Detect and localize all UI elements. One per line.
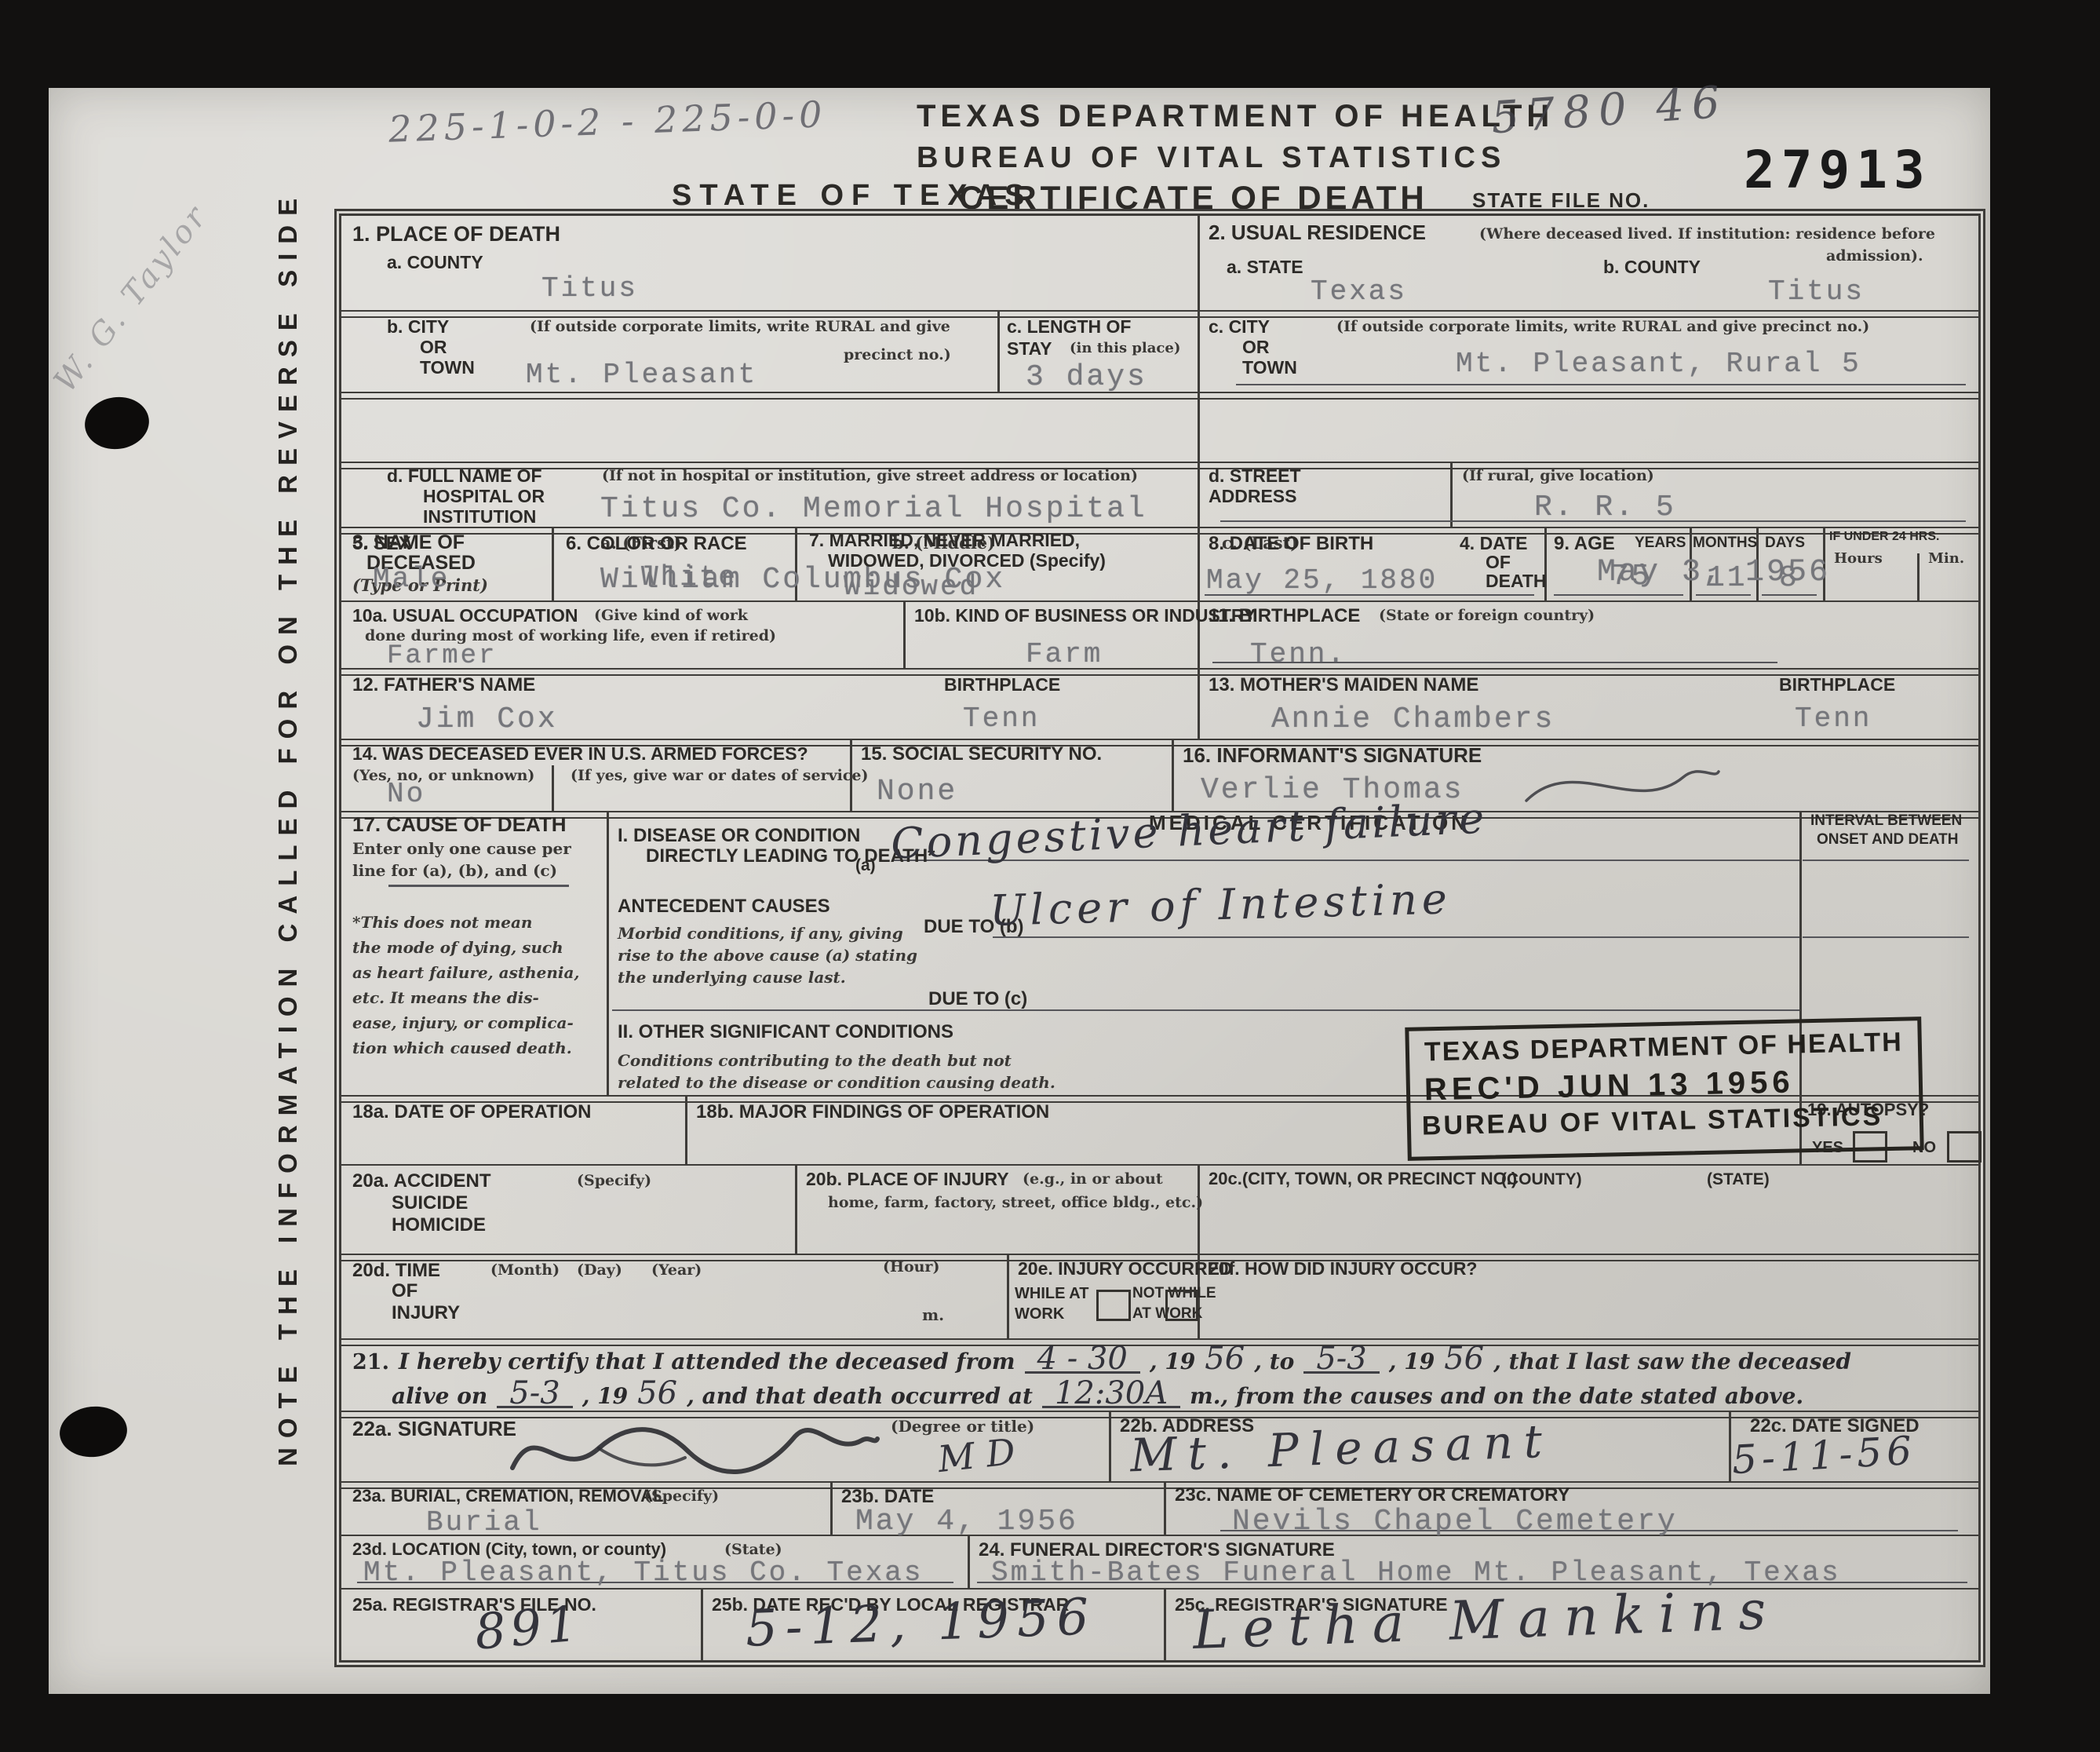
field-20c-county-label: (COUNTY)	[1501, 1170, 1582, 1189]
field-17-other-label: II. OTHER SIGNIFICANT CONDITIONS	[618, 1021, 953, 1043]
field-21-part2: , to	[1254, 1349, 1294, 1374]
field-4-label2: OF	[1486, 552, 1511, 573]
field-1b-hint: (If outside corporate limits, write RURA…	[530, 318, 950, 335]
field-14-hint2: (If yes, give war or dates of service)	[571, 767, 869, 784]
field-1d-hint: (If not in hospital or institution, give…	[602, 467, 1138, 484]
field-17-instr2c: as heart failure, asthenia,	[352, 963, 579, 982]
header-agency-line1: TEXAS DEPARTMENT OF HEALTH	[917, 99, 1554, 134]
field-2-hint2: admission).	[1826, 247, 1923, 265]
field-23a-value: Burial	[426, 1506, 542, 1538]
field-20e-while-label2: WORK	[1015, 1305, 1064, 1323]
field-7-label: 7. MARRIED, NEVER MARRIED,	[809, 530, 1080, 551]
field-14-value: No	[387, 778, 425, 810]
field-23b-value: May 4, 1956	[855, 1505, 1078, 1538]
field-10a-label: 10a. USUAL OCCUPATION	[352, 605, 578, 626]
field-13-value: Annie Chambers	[1271, 703, 1555, 736]
field-9-label: 9. AGE	[1554, 533, 1615, 555]
field-11-value: Tenn.	[1250, 638, 1347, 670]
field-2b-label: b. COUNTY	[1603, 257, 1701, 278]
field-22c-value: 5-11-56	[1731, 1428, 1918, 1483]
field-2b-value: Titus	[1768, 276, 1865, 308]
field-20d-label3: INJURY	[392, 1302, 460, 1324]
field-17-instr1b: line for (a), (b), and (c)	[352, 861, 557, 880]
field-2c-label3: TOWN	[1242, 357, 1297, 378]
field-17-morbid-hint2: rise to the above cause (a) stating	[618, 946, 917, 965]
field-17-other-hint2: related to the disease or condition caus…	[618, 1073, 1055, 1092]
field-12-value: Jim Cox	[416, 703, 558, 736]
field-21-from-value: 4 - 30	[1025, 1346, 1140, 1374]
field-2-title: 2. USUAL RESIDENCE	[1209, 221, 1426, 245]
field-1d-label: d. FULL NAME OF	[387, 465, 542, 487]
field-23a-hint: (Specify)	[644, 1487, 719, 1505]
field-21-yearprefix3: , 19	[582, 1383, 628, 1409]
field-17-antecedent-label: ANTECEDENT CAUSES	[618, 896, 830, 918]
field-10b-label: 10b. KIND OF BUSINESS OR INDUSTRY	[914, 605, 1256, 626]
field-1c-label2: STAY	[1007, 338, 1052, 360]
field-21-part3: , that I last saw the deceased	[1493, 1349, 1851, 1374]
field-22a-label: 22a. SIGNATURE	[352, 1417, 516, 1441]
received-stamp: TEXAS DEPARTMENT OF HEALTH REC'D JUN 13 …	[1405, 1017, 1923, 1161]
field-20b-hint2: home, farm, factory, street, office bldg…	[828, 1194, 1203, 1211]
field-6-label: 6. COLOR OR RACE	[566, 533, 747, 555]
cause-b-handwriting: Ulcer of Intestine	[989, 874, 1452, 935]
interval-label2: ONSET AND DEATH	[1817, 831, 1959, 849]
header-file-no-label: STATE FILE NO.	[1472, 188, 1650, 213]
field-20a-label2: SUICIDE	[392, 1192, 468, 1214]
header-agency-line2: BUREAU OF VITAL STATISTICS	[917, 141, 1506, 175]
field-9-years-label: YEARS	[1635, 535, 1686, 552]
field-21-part4: alive on	[392, 1383, 487, 1409]
informant-signature-flourish	[1518, 757, 1723, 812]
field-1c-label: c. LENGTH OF	[1007, 316, 1131, 338]
stamp-line2: REC'D JUN 13 1956	[1410, 1062, 1920, 1108]
field-1b-hint2: precinct no.)	[844, 346, 951, 363]
field-17-instr2b: the mode of dying, such	[352, 938, 563, 957]
field-10a-hint: (Give kind of work	[594, 607, 748, 624]
field-20c-state-label: (STATE)	[1707, 1170, 1770, 1189]
field-23c-label: 23c. NAME OF CEMETERY OR CREMATORY	[1175, 1484, 1570, 1506]
field-10a-value: Farmer	[387, 641, 497, 671]
field-13-birthplace-value: Tenn	[1795, 703, 1872, 735]
field-9-minutes-label: Min.	[1928, 550, 1964, 567]
field-17-morbid-hint3: the underlying cause last.	[618, 968, 846, 987]
film-edge-bottom	[0, 1694, 2100, 1752]
field-17-instr2d: etc. It means the dis-	[352, 988, 539, 1007]
field-20e-while-label: WHILE AT	[1015, 1285, 1088, 1303]
field-21-number: 21.	[352, 1350, 389, 1374]
field-1b-label: b. CITY	[387, 316, 449, 338]
field-12-birthplace-value: Tenn	[963, 703, 1040, 735]
state-file-number: 27913	[1744, 140, 1931, 200]
field-2a-value: Texas	[1311, 276, 1407, 308]
field-9-months-label: MONTHS	[1693, 535, 1757, 552]
field-16-label: 16. INFORMANT'S SIGNATURE	[1183, 743, 1482, 768]
field-14-label: 14. WAS DECEASED EVER IN U.S. ARMED FORC…	[352, 743, 808, 765]
field-18b-label: 18b. MAJOR FINDINGS OF OPERATION	[696, 1101, 1049, 1123]
field-1d-label2: HOSPITAL OR	[423, 486, 545, 507]
field-21-to-value: 5-3	[1303, 1346, 1379, 1374]
field-20e-label: 20e. INJURY OCCURRED	[1018, 1258, 1233, 1279]
field-10b-value: Farm	[1026, 638, 1103, 670]
not-while-at-work-checkbox	[1165, 1290, 1198, 1321]
field-17-instr1: Enter only one cause per	[352, 839, 571, 858]
field-20d-hour-label: (Hour)	[883, 1258, 939, 1276]
field-8-value: May 25, 1880	[1206, 564, 1438, 597]
field-23a-label: 23a. BURIAL, CREMATION, REMOVAL	[352, 1486, 663, 1506]
field-11-hint: (State or foreign country)	[1379, 607, 1595, 624]
field-20d-day-label: (Day)	[577, 1261, 622, 1279]
stamp-line3: BUREAU OF VITAL STATISTICS	[1411, 1100, 1920, 1142]
field-17-instr2: *This does not mean	[352, 913, 532, 932]
field-2d-value: R. R. 5	[1534, 491, 1676, 524]
stamp-line1: TEXAS DEPARTMENT OF HEALTH	[1409, 1027, 1919, 1068]
field-7-value: Widowed	[844, 571, 979, 603]
field-20f-label: 20f. HOW DID INJURY OCCUR?	[1209, 1258, 1477, 1279]
field-20d-month-label: (Month)	[490, 1261, 560, 1279]
field-7-label2: WIDOWED, DIVORCED (Specify)	[828, 550, 1106, 571]
field-1b-value: Mt. Pleasant	[526, 359, 757, 391]
field-2c-value: Mt. Pleasant, Rural 5	[1456, 348, 1861, 380]
field-21-year1: 56	[1205, 1346, 1245, 1371]
field-1-title: 1. PLACE OF DEATH	[352, 222, 560, 246]
field-1d-value: Titus Co. Memorial Hospital	[600, 492, 1147, 526]
field-1a-label: a. COUNTY	[387, 252, 483, 273]
physician-signature	[505, 1409, 881, 1487]
film-edge-right	[1990, 0, 2100, 1752]
field-14-hint1: (Yes, no, or unknown)	[352, 767, 534, 784]
field-17-morbid-hint: Morbid conditions, if any, giving	[618, 924, 903, 943]
field-21-part5: , and that death occurred at	[687, 1383, 1033, 1409]
field-21-alive-value: 5-3	[497, 1381, 572, 1408]
field-1b-label2: OR	[420, 337, 447, 358]
field-2d-hint: (If rural, give location)	[1462, 467, 1654, 484]
field-9-months-value: 11	[1707, 561, 1748, 595]
field-2d-label: d. STREET	[1209, 465, 1301, 487]
film-edge-top	[0, 0, 2100, 88]
field-21-part6: m., from the causes and on the date stat…	[1190, 1383, 1803, 1409]
field-9-hours-label: Hours	[1834, 550, 1883, 567]
field-17-disease-label: I. DISEASE OR CONDITION	[618, 825, 860, 847]
field-1d-label3: INSTITUTION	[423, 506, 536, 527]
field-9-days-value: 8	[1779, 561, 1799, 595]
field-22a-degree-value: M D	[935, 1430, 1017, 1480]
field-25a-value: 891	[472, 1594, 584, 1661]
field-1c-hint: (in this place)	[1070, 340, 1180, 356]
field-2c-label2: OR	[1242, 337, 1270, 358]
field-18a-label: 18a. DATE OF OPERATION	[352, 1101, 592, 1123]
field-20a-hint: (Specify)	[577, 1172, 651, 1189]
field-17-due-c-label: DUE TO (c)	[928, 988, 1027, 1010]
margin-note: NOTE THE INFORMATION CALLED FOR ON THE R…	[273, 469, 303, 1466]
field-2d-label2: ADDRESS	[1209, 486, 1296, 507]
scanned-death-certificate: 225-1-0-2 - 225-0-0 W. G. Taylor TEXAS D…	[0, 0, 2100, 1752]
field-21-yearprefix1: , 19	[1150, 1349, 1195, 1374]
cause-a-handwriting: Congestive heart failure	[890, 793, 1488, 868]
field-5-value: Male	[373, 563, 450, 595]
field-23d-state-label: (State)	[724, 1541, 782, 1558]
field-21-year3: 56	[637, 1381, 677, 1406]
field-13-birthplace-label: BIRTHPLACE	[1779, 674, 1895, 695]
field-11-label: 11. BIRTHPLACE	[1209, 605, 1360, 627]
field-21-year2: 56	[1444, 1346, 1484, 1371]
field-21-part1: I hereby certify that I attended the dec…	[399, 1349, 1015, 1374]
field-20a-label: 20a. ACCIDENT	[352, 1170, 490, 1192]
field-9-under24-label: IF UNDER 24 HRS.	[1829, 530, 1939, 544]
field-23c-value: Nevils Chapel Cemetery	[1232, 1505, 1678, 1538]
field-21-yearprefix2: , 19	[1389, 1349, 1435, 1374]
field-15-label: 15. SOCIAL SECURITY NO.	[861, 743, 1102, 765]
certificate-form: 1. PLACE OF DEATH a. COUNTY Titus 2. USU…	[339, 214, 1981, 1663]
film-edge-left	[0, 0, 49, 1752]
field-2c-label: c. CITY	[1209, 316, 1270, 338]
header-doc-title: CERTIFICATE OF DEATH	[959, 179, 1428, 217]
field-17-instr2f: tion which caused death.	[352, 1038, 572, 1057]
field-21-time-value: 12:30A	[1042, 1381, 1180, 1408]
field-25c-value: Letha Mankins	[1192, 1579, 1781, 1662]
field-1a-value: Titus	[541, 272, 638, 305]
field-17-label: 17. CAUSE OF DEATH	[352, 812, 567, 837]
field-20d-label2: OF	[392, 1280, 417, 1302]
autopsy-no-checkbox	[1947, 1131, 1982, 1163]
field-20a-label3: HOMICIDE	[392, 1214, 486, 1236]
field-20d-label: 20d. TIME	[352, 1260, 440, 1282]
field-20d-year-label: (Year)	[651, 1261, 702, 1279]
field-9-years-value: 75	[1611, 560, 1652, 593]
field-20d-m-label: m.	[922, 1305, 944, 1324]
field-2c-hint: (If outside corporate limits, write RURA…	[1336, 318, 1869, 335]
field-17-instr2e: ease, injury, or complica-	[352, 1013, 574, 1032]
field-20b-hint: (e.g., in or about	[1023, 1170, 1163, 1188]
field-12-birthplace-label: BIRTHPLACE	[944, 674, 1060, 695]
field-1c-value: 3 days	[1026, 360, 1147, 394]
field-17a-tag: (a)	[855, 856, 876, 875]
interval-label: INTERVAL BETWEEN	[1810, 812, 1962, 830]
field-1b-label3: TOWN	[420, 357, 475, 378]
field-17-other-hint: Conditions contributing to the death but…	[618, 1051, 1012, 1070]
field-13-label: 13. MOTHER'S MAIDEN NAME	[1209, 674, 1478, 696]
field-2a-label: a. STATE	[1227, 257, 1303, 278]
field-8-label: 8. DATE OF BIRTH	[1209, 533, 1373, 555]
field-23d-value: Mt. Pleasant, Titus Co. Texas	[363, 1557, 924, 1589]
field-25b-value: 5-12, 1956	[745, 1588, 1098, 1659]
field-15-value: None	[877, 775, 957, 808]
field-4-label3: DEATH	[1486, 571, 1547, 592]
field-20c-label: 20c.(CITY, TOWN, OR PRECINCT NO.)	[1209, 1169, 1517, 1189]
field-20b-label: 20b. PLACE OF INJURY	[806, 1169, 1009, 1190]
field-9-days-label: DAYS	[1765, 535, 1805, 552]
field-6-value: White	[641, 561, 738, 593]
field-5-label: 5. SEX	[352, 533, 411, 555]
field-12-label: 12. FATHER'S NAME	[352, 674, 535, 696]
while-at-work-checkbox	[1096, 1290, 1131, 1321]
field-4-label: 4. DATE	[1460, 533, 1527, 554]
field-2-hint: (Where deceased lived. If institution: r…	[1479, 225, 1935, 243]
